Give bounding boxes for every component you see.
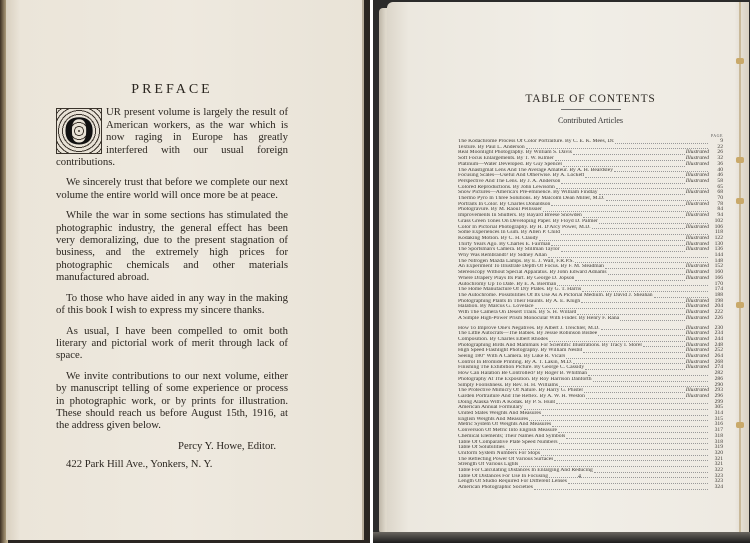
toc-title: TABLE OF CONTENTS [458, 93, 723, 105]
preface-paragraph-2: We sincerely trust that before we comple… [56, 176, 288, 201]
preface-paragraph-3: While the war in some sections has stimu… [56, 209, 288, 283]
entry-page-number: 324 [711, 485, 723, 491]
dot-leader [566, 358, 684, 359]
illustrated-label: Illustrated [686, 179, 709, 185]
dot-leader [551, 245, 684, 246]
dot-leader [551, 205, 684, 206]
dot-leader [592, 228, 685, 229]
dot-leader [575, 280, 684, 281]
dot-leader [581, 302, 685, 303]
preface-paragraph-4: To those who have aided in any way in th… [56, 292, 288, 317]
dot-leader [557, 285, 708, 286]
dot-leader [584, 392, 684, 393]
dot-leader [506, 449, 708, 450]
dot-leader [542, 415, 708, 416]
dot-leader [561, 251, 685, 252]
illustrated-label: Illustrated [686, 225, 709, 231]
dot-leader [620, 320, 685, 321]
illustrated-label: Illustrated [686, 394, 709, 400]
dot-leader [558, 432, 708, 433]
dot-leader [559, 443, 709, 444]
toc-entry-list: The Kodachrome Process Of Color Portrait… [458, 139, 723, 491]
dot-leader [615, 143, 708, 144]
entry-page-number: 226 [711, 316, 723, 322]
dot-leader [549, 341, 685, 342]
dot-leader [582, 291, 708, 292]
dot-leader [593, 381, 708, 382]
illustrated-label: Illustrated [686, 162, 709, 168]
dot-leader [549, 477, 708, 478]
dot-leader [519, 466, 708, 467]
binding-stitch-icon [736, 198, 744, 204]
dot-leader [539, 240, 685, 241]
binding-stitch-icon [736, 58, 744, 64]
page-column-header: PAGE [458, 133, 723, 138]
entry-title: American Photographic Societies [458, 485, 533, 491]
dot-leader [585, 177, 685, 178]
toc-section-heading: Contributed Articles [458, 116, 723, 125]
page-number: 4 [578, 474, 581, 480]
title-divider [561, 109, 621, 110]
scan-shadow [373, 532, 750, 543]
dot-leader [594, 472, 708, 473]
editor-signature: Percy Y. Howe, Editor. [56, 440, 276, 452]
dot-leader [583, 352, 684, 353]
dot-leader [608, 274, 685, 275]
illustrated-label: Illustrated [686, 247, 709, 253]
dot-leader [583, 217, 685, 218]
dot-leader [586, 398, 685, 399]
dot-leader [535, 308, 685, 309]
preface-paragraph-1: O UR present volume is largely the resul… [56, 106, 288, 168]
illustrated-label: Illustrated [686, 365, 709, 371]
dot-leader [573, 363, 685, 364]
dot-leader [524, 409, 708, 410]
illustrated-label: Illustrated [686, 202, 709, 208]
dot-leader [554, 460, 708, 461]
illustrated-label: Illustrated [686, 190, 709, 196]
dot-leader [552, 426, 708, 427]
preface-paragraph-6: We invite contributions to our next volu… [56, 370, 288, 432]
dot-leader [601, 329, 685, 330]
dot-leader [548, 257, 708, 258]
editor-address: 422 Park Hill Ave., Yonkers, N. Y. [66, 458, 288, 470]
preface-title: PREFACE [56, 84, 288, 96]
binding-stitch-icon [736, 302, 744, 308]
dot-leader [605, 268, 685, 269]
illustrated-label: Illustrated [686, 213, 709, 219]
illustrated-label: Illustrated [686, 316, 709, 322]
dot-leader [529, 420, 708, 421]
dot-leader [599, 194, 685, 195]
dot-leader [561, 183, 684, 184]
toc-entry: American Photographic Societies324 [458, 485, 723, 491]
dot-leader [543, 211, 708, 212]
dot-leader [526, 148, 708, 149]
dot-leader [577, 314, 684, 315]
dot-leader [568, 483, 708, 484]
preface-paragraph-5: As usual, I have been compelled to omit … [56, 325, 288, 362]
dot-leader [541, 455, 708, 456]
binding-stitch-icon [736, 157, 744, 163]
dot-leader [598, 335, 684, 336]
ornamental-dropcap-icon: O [56, 108, 102, 154]
dot-leader [573, 154, 685, 155]
preface-text-block: PREFACE O UR present volume is largely t… [56, 84, 288, 471]
dot-leader [588, 375, 708, 376]
binding-thread [739, 2, 741, 532]
dot-leader [556, 403, 708, 404]
entry-title: A Simple High-Power Prism Monocular With… [458, 316, 619, 322]
dot-leader [563, 166, 684, 167]
dot-leader [534, 489, 708, 490]
illustrated-label: Illustrated [686, 276, 709, 282]
table-of-contents: TABLE OF CONTENTS Contributed Articles P… [458, 93, 723, 491]
dot-leader [643, 346, 684, 347]
dot-leader [585, 369, 685, 370]
binding-stitch-icon [736, 422, 744, 428]
dot-leader [555, 160, 685, 161]
dot-leader [566, 438, 708, 439]
